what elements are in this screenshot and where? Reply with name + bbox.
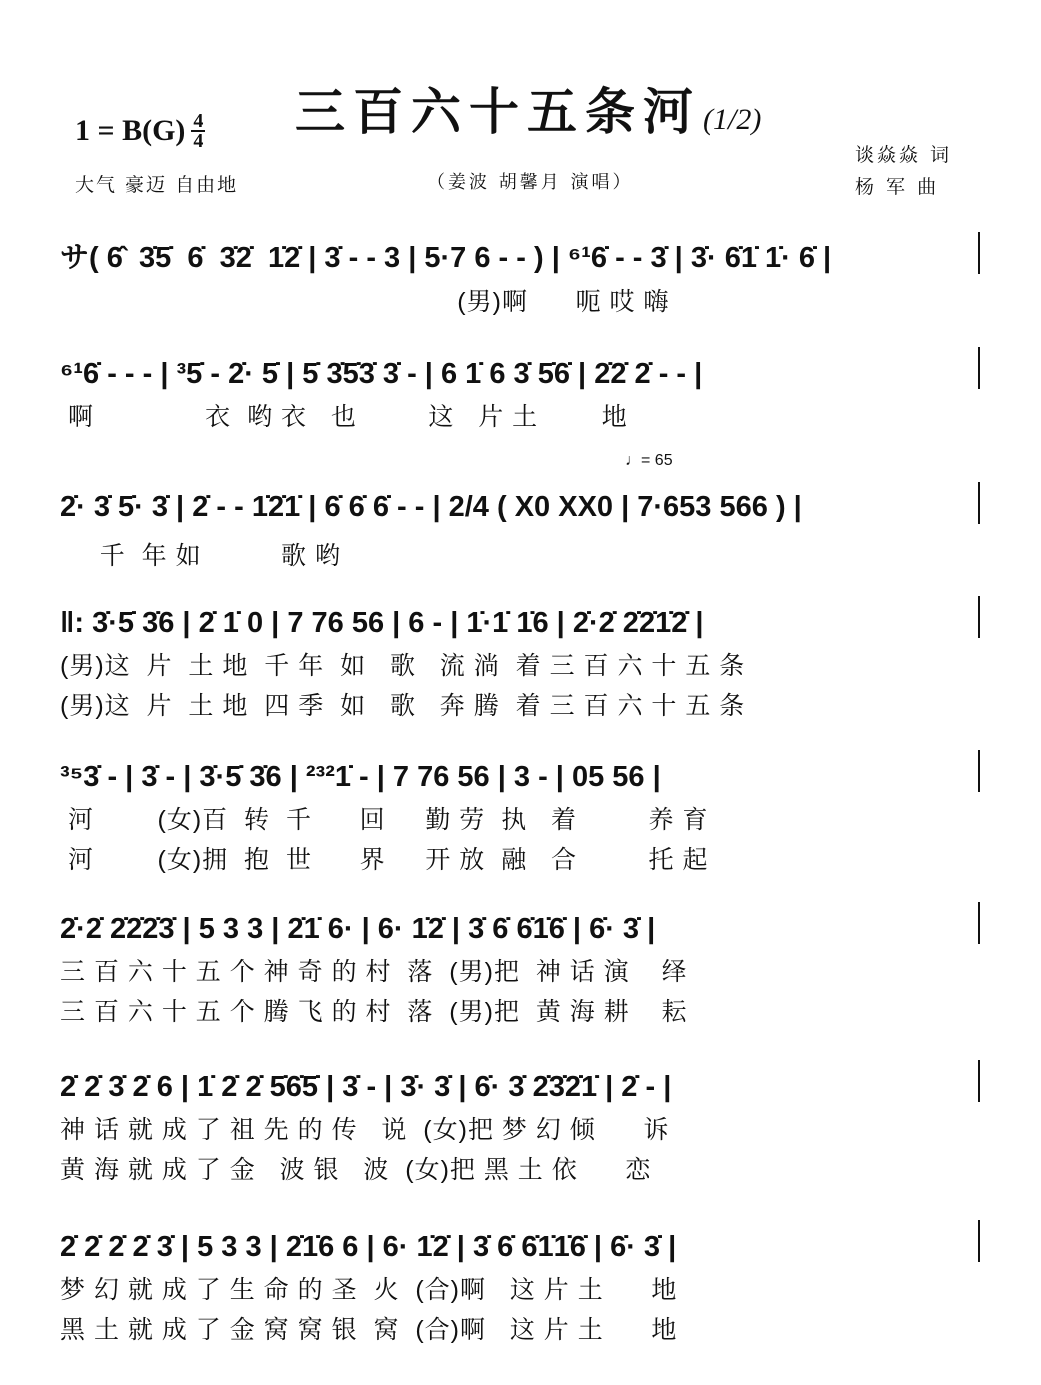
part-indicator: (1/2) [703,103,761,136]
system-end-barline [978,596,980,638]
notation-line: 2̇ 2̇ 2̇ 2̇ 3̇ | 5 3 3 | 2̇1̇6 6 | 6· 1̇… [60,1208,985,1264]
lyrics-line-1: 神 话 就 成 了 祖 先 的 传 说 (女)把 梦 幻 倾 诉 [60,1110,985,1146]
notation-line: 2̇ 2̇ 3̇ 2̇ 6 | 1̇ 2̇ 2̇ 5̇6̇5̇ | 3̇ - |… [60,1048,985,1104]
composer-credit: 杨 军 曲 [855,172,939,199]
system-end-barline [978,750,980,792]
lyrics-line-1: 三 百 六 十 五 个 神 奇 的 村 落 (男)把 神 话 演 绎 [60,952,985,988]
notation-line: ³⁵3̇ - | 3̇ - | 3̇·5̇ 3̇6 | ²³²1̇ - | 7 … [60,738,985,794]
performers: （姜波 胡馨月 演唱） [427,168,633,194]
song-title: 三百六十五条河(1/2) [295,72,761,144]
lyrics-line-1: 啊 衣 哟 衣 也 这 片 土 地 [60,397,985,433]
lyrics-line-2: (男)这 片 土 地 四 季 如 歌 奔 腾 着 三 百 六 十 五 条 [60,686,985,722]
time-sig-top: 4 [193,112,203,130]
notation-line: ⁶¹6̇ - - - | ³5̇ - 2̇· 5̇ | 5̇ 3̇5̇3̇ 3̇… [60,335,985,391]
system-end-barline [978,232,980,274]
notation-line: 2̇·2̇ 2̇2̇2̇3̇ | 5 3 3 | 2̇1̇ 6· | 6· 1̇… [60,890,985,946]
system-end-barline [978,1060,980,1102]
lyrics-line-1: (男)啊 呃 哎 嗨 [60,282,985,318]
time-sig-bottom: 4 [193,132,203,150]
lyrics-line-1: 河 (女)百 转 千 回 勤 劳 执 着 养 育 [60,800,985,836]
lyrics-line-2: 河 (女)拥 抱 世 界 开 放 融 合 托 起 [60,840,985,876]
lyrics-line-1: (男)这 片 土 地 千 年 如 歌 流 淌 着 三 百 六 十 五 条 [60,646,985,682]
lyrics-line-1: 千 年 如 歌 哟 [60,536,985,572]
notation-line: サ( 6̂ 3̇5̇ 6̇ 3̇2̇ 1̇2̇ | 3̇ - - 3 | 5·7… [60,220,985,276]
lyrics-line-2: 黑 土 就 成 了 金 窝 窝 银 窝 (合)啊 这 片 土 地 [60,1310,985,1346]
lyrics-line-2: 黄 海 就 成 了 金 波 银 波 (女)把 黑 土 依 恋 [60,1150,985,1186]
system-end-barline [978,1220,980,1262]
notation-line: 2̇· 3̇ 5̇· 3̇ | 2̇ - - 1̇2̇1̇ | 6̇ 6̇ 6̇… [60,468,985,524]
time-signature: 4 4 [191,112,205,150]
system-end-barline [978,482,980,524]
key-signature: 1 = B(G) 4 4 [75,112,205,150]
lyrics-line-2: 三 百 六 十 五 个 腾 飞 的 村 落 (男)把 黄 海 耕 耘 [60,992,985,1028]
notation-line: ‖: 3̇·5̇ 3̇6 | 2̇ 1̇ 0 | 7 76 56 | 6 - |… [60,584,985,640]
expression-marking: 大气 豪迈 自由地 [75,170,238,197]
system-end-barline [978,347,980,389]
lyricist-credit: 谈焱焱 词 [855,140,952,167]
key-label: 1 = B(G) [75,114,185,148]
system-end-barline [978,902,980,944]
lyrics-line-1: 梦 幻 就 成 了 生 命 的 圣 火 (合)啊 这 片 土 地 [60,1270,985,1306]
